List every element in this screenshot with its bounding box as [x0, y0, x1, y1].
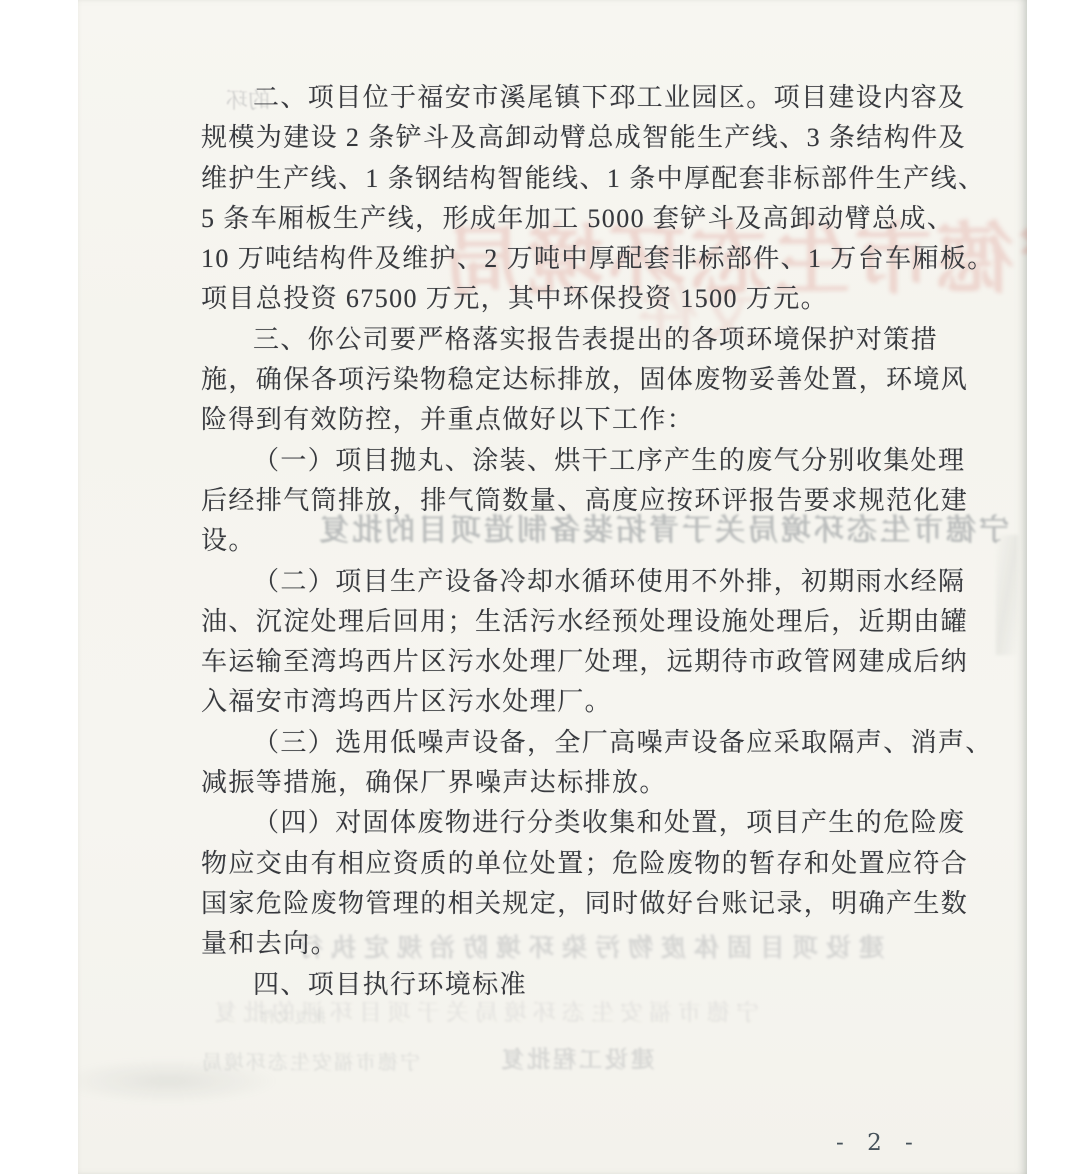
text-line: （二）项目生产设备冷却水循环使用不外排，初期雨水经隔	[201, 562, 927, 602]
text-line: 物应交由有相应资质的单位处置；危险废物的暂存和处置应符合	[201, 844, 927, 884]
text-line: 规模为建设 2 条铲斗及高卸动臂总成智能生产线、3 条结构件及	[201, 118, 927, 158]
text-line: 项目总投资 67500 万元，其中环保投资 1500 万元。	[201, 279, 927, 319]
text-line: 四、项目执行环境标准	[201, 965, 927, 1005]
text-line: 减振等措施，确保厂界噪声达标排放。	[201, 763, 927, 803]
scanned-page: 宁德市生态环境局 文件 宁德市生态环境局关于青拓装备制造项目的批复 建设项目固体…	[0, 0, 1080, 1174]
text-line: 5 条车厢板生产线，形成年加工 5000 套铲斗及高卸动臂总成、	[201, 199, 927, 239]
page-number: - 2 -	[836, 1130, 917, 1156]
ghost-text-row: 宁德市福安生态环境局	[200, 1046, 420, 1075]
text-line: 维护生产线、1 条钢结构智能线、1 条中厚配套非标部件生产线、	[201, 159, 927, 199]
text-line: 国家危险废物管理的相关规定，同时做好台账记录，明确产生数	[201, 884, 927, 924]
text-line: 施，确保各项污染物稳定达标排放，固体废物妥善处置，环境风	[201, 360, 927, 400]
text-line: 入福安市湾坞西片区污水处理厂。	[201, 682, 927, 722]
text-line: 险得到有效防控，并重点做好以下工作：	[201, 400, 927, 440]
text-line: 二、项目位于福安市溪尾镇下邳工业园区。项目建设内容及	[201, 78, 927, 118]
document-body: 二、项目位于福安市溪尾镇下邳工业园区。项目建设内容及 规模为建设 2 条铲斗及高…	[201, 78, 927, 1005]
ghost-text-row: 建设工程批复	[498, 1041, 654, 1074]
paper-crease	[996, 535, 1018, 655]
text-line: （三）选用低噪声设备，全厂高噪声设备应采取隔声、消声、	[201, 723, 927, 763]
text-line: 量和去向。	[201, 924, 927, 964]
text-line: 车运输至湾坞西片区污水处理厂处理，远期待市政管网建成后纳	[201, 642, 927, 682]
paper-crease	[78, 1058, 278, 1104]
paper-sheet: 宁德市生态环境局 文件 宁德市生态环境局关于青拓装备制造项目的批复 建设项目固体…	[78, 0, 1027, 1174]
text-line: （四）对固体废物进行分类收集和处置，项目产生的危险废	[201, 803, 927, 843]
text-line: 10 万吨结构件及维护、2 万吨中厚配套非标部件、1 万台车厢板。	[201, 239, 927, 279]
text-line: （一）项目抛丸、涂装、烘干工序产生的废气分别收集处理	[201, 441, 927, 481]
text-line: 油、沉淀处理后回用；生活污水经预处理设施处理后，近期由罐	[201, 602, 927, 642]
text-line: 设。	[201, 521, 927, 561]
ghost-text-row: 批复文件	[258, 1006, 326, 1027]
text-line: 三、你公司要严格落实报告表提出的各项环境保护对策措	[201, 320, 927, 360]
text-line: 后经排气筒排放，排气筒数量、高度应按环评报告要求规范化建	[201, 481, 927, 521]
